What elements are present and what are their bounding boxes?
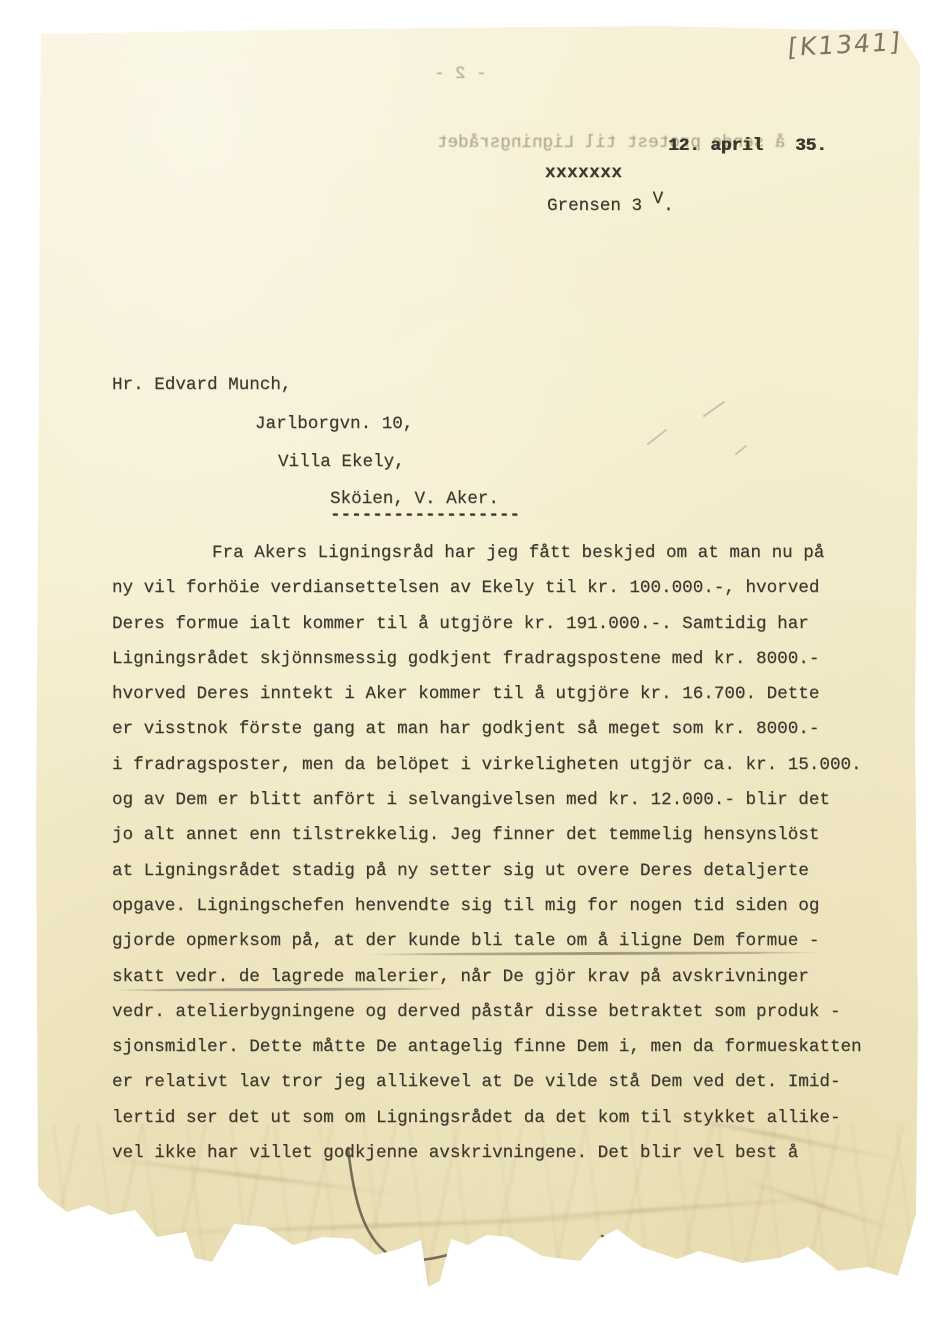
body-text: Ligningsrådet skjönnsmessig godkjent fra… [112,649,819,669]
body-line: Ligningsrådet skjönnsmessig godkjent fra… [112,642,912,677]
sender-street: Grensen 3 [547,196,653,216]
body-line: i fradragsposter, men da belöpet i virke… [112,748,912,783]
body-text: vedr. atelierbygningene og derved påstår… [112,1002,841,1022]
body-line: jo alt annet enn tilstrekkelig. Jeg finn… [112,818,912,853]
body-line: gjorde opmerksom på, at der kunde bli ta… [112,924,912,959]
body-line: vel ikke har villet godkjenne avskrivnin… [112,1136,912,1171]
pencil-smudge [648,402,746,454]
body-text: opgave. Ligningschefen henvendte sig til… [112,896,819,916]
body-text: er relativt lav tror jeg allikevel at De… [112,1072,841,1092]
body-text: ny vil forhöie verdiansettelsen av Ekely… [112,578,819,598]
body-line: lertid ser det ut som om Ligningsrådet d… [112,1101,912,1136]
body-line: vedr. atelierbygningene og derved påstår… [112,995,912,1030]
crossed-out-text: xxxxxxx [545,163,622,183]
sender-floor-superscript: V [653,189,664,209]
archive-number-annotation: [K1341] [787,27,903,62]
body-text: vel ikke har villet godkjenne avskrivnin… [112,1143,798,1163]
pencil-underlined-text: der kunde bli tale om å iligne Dem formu… [365,931,819,951]
body-line: opgave. Ligningschefen henvendte sig til… [112,889,912,924]
body-text: lertid ser det ut som om Ligningsrådet d… [112,1108,841,1128]
date-year: 35. [795,136,827,156]
body-line: er relativt lav tror jeg allikevel at De… [112,1065,912,1100]
body-line: og av Dem er blitt anfört i selvangivels… [112,783,912,818]
date-day-month: 12. april [668,136,763,156]
body-text: Fra Akers Ligningsråd har jeg fått beskj… [212,543,824,563]
body-text: gjorde opmerksom på, at [112,931,365,951]
bleedthrough-page-number: - 2 - [434,64,487,84]
sender-address: Grensen 3 V. [547,196,674,216]
body-text: Deres formue ialt kommer til å utgjöre k… [112,614,809,634]
recipient-villa: Villa Ekely, [278,452,405,472]
body-text: i fradragsposter, men da belöpet i virke… [112,755,862,775]
sender-punct: . [663,196,674,216]
recipient-name: Hr. Edvard Munch, [112,375,292,395]
body-line: Fra Akers Ligningsråd har jeg fått beskj… [112,536,912,571]
paper-sheet: [K1341] - 2 - å sende protest til Lignin… [36,24,922,1312]
scanned-letter-page: [K1341] - 2 - å sende protest til Lignin… [0,0,950,1325]
body-text: når De gjör krav på avskrivninger [450,967,809,987]
recipient-underline-dashes: ------------------ [330,505,520,525]
recipient-street: Jarlborgvn. 10, [255,414,413,434]
body-text: hvorved Deres inntekt i Aker kommer til … [112,684,819,704]
body-text: jo alt annet enn tilstrekkelig. Jeg finn… [112,825,819,845]
ink-speck [602,1236,613,1243]
body-text: er visstnok förste gang at man har godkj… [112,719,819,739]
body-line: hvorved Deres inntekt i Aker kommer til … [112,677,912,712]
letter-body: Fra Akers Ligningsråd har jeg fått beskj… [112,536,912,1171]
pencil-underlined-text: skatt vedr. de lagrede malerier, [112,967,450,987]
body-text: at Ligningsrådet stadig på ny setter sig… [112,861,809,881]
body-text: og av Dem er blitt anfört i selvangivels… [112,790,830,810]
body-line: sjonsmidler. Dette måtte De antagelig fi… [112,1030,912,1065]
body-line: er visstnok förste gang at man har godkj… [112,712,912,747]
body-text: sjonsmidler. Dette måtte De antagelig fi… [112,1037,862,1057]
body-line: ny vil forhöie verdiansettelsen av Ekely… [112,571,912,606]
body-line: Deres formue ialt kommer til å utgjöre k… [112,607,912,642]
body-line: skatt vedr. de lagrede malerier, når De … [112,960,912,995]
body-line: at Ligningsrådet stadig på ny setter sig… [112,854,912,889]
